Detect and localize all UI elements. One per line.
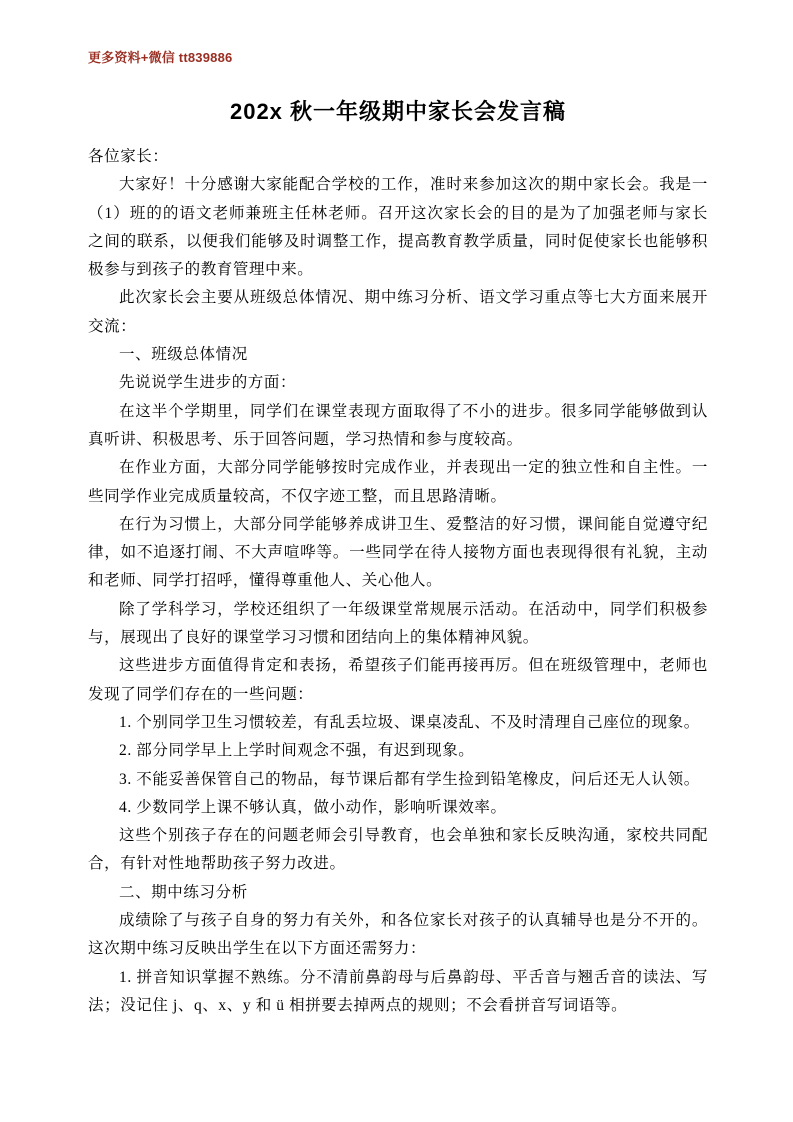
paragraph: 这些个别孩子存在的问题老师会引导教育，也会单独和家长反映沟通，家校共同配合，有针… (88, 822, 708, 879)
paragraph: 先说说学生进步的方面： (88, 369, 708, 397)
document-page: 更多资料+微信 tt839886 202x 秋一年级期中家长会发言稿 各位家长：… (0, 0, 793, 1122)
paragraph: 1. 个别同学卫生习惯较差，有乱丢垃圾、课桌凌乱、不及时清理自己座位的现象。 (88, 709, 708, 737)
watermark-text: 更多资料+微信 tt839886 (88, 50, 708, 66)
paragraph: 成绩除了与孩子自身的努力有关外，和各位家长对孩子的认真辅导也是分不开的。这次期中… (88, 907, 708, 964)
paragraph: 在行为习惯上，大部分同学能够养成讲卫生、爱整洁的好习惯，课间能自觉遵守纪律，如不… (88, 511, 708, 596)
paragraph: 大家好！十分感谢大家能配合学校的工作，准时来参加这次的期中家长会。我是一（1）班… (88, 171, 708, 284)
document-body: 各位家长：大家好！十分感谢大家能配合学校的工作，准时来参加这次的期中家长会。我是… (88, 143, 708, 1020)
paragraph: 在这半个学期里，同学们在课堂表现方面取得了不小的进步。很多同学能够做到认真听讲、… (88, 398, 708, 455)
paragraph: 二、期中练习分析 (88, 879, 708, 907)
paragraph: 2. 部分同学早上上学时间观念不强，有迟到现象。 (88, 737, 708, 765)
paragraph: 除了学科学习，学校还组织了一年级课堂常规展示活动。在活动中，同学们积极参与，展现… (88, 596, 708, 653)
paragraph: 在作业方面，大部分同学能够按时完成作业，并表现出一定的独立性和自主性。一些同学作… (88, 454, 708, 511)
paragraph: 一、班级总体情况 (88, 341, 708, 369)
paragraph: 4. 少数同学上课不够认真，做小动作，影响听课效率。 (88, 794, 708, 822)
paragraph: 此次家长会主要从班级总体情况、期中练习分析、语文学习重点等七大方面来展开交流： (88, 284, 708, 341)
paragraph: 这些进步方面值得肯定和表扬，希望孩子们能再接再厉。但在班级管理中，老师也发现了同… (88, 652, 708, 709)
document-title: 202x 秋一年级期中家长会发言稿 (88, 96, 708, 128)
paragraph: 各位家长： (88, 143, 708, 171)
paragraph: 3. 不能妥善保管自己的物品，每节课后都有学生捡到铅笔橡皮，问后还无人认领。 (88, 766, 708, 794)
paragraph: 1. 拼音知识掌握不熟练。分不清前鼻韵母与后鼻韵母、平舌音与翘舌音的读法、写法；… (88, 964, 708, 1021)
